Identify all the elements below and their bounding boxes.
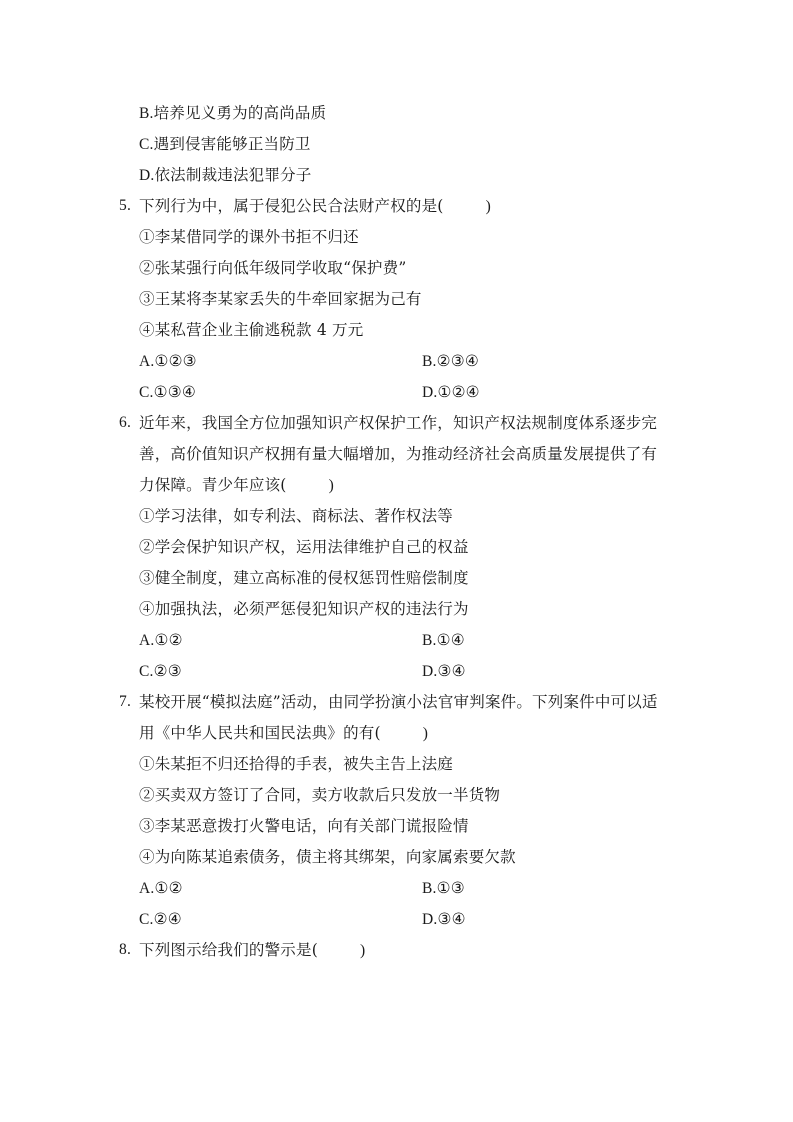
q6-statement-3: ③健全制度，建立高标准的侵权惩罚性赔偿制度 — [139, 568, 469, 588]
q6-statement-2: ②学会保护知识产权，运用法律维护自己的权益 — [139, 537, 469, 557]
option-label: C. — [139, 911, 154, 928]
option-text: ①② — [154, 631, 182, 649]
option-label: D. — [139, 167, 154, 184]
option-text: ①②④ — [437, 383, 479, 401]
q5-statement-2: ②张某强行向低年级同学收取“保护费” — [139, 258, 406, 278]
q8-number: 8. — [119, 940, 131, 960]
q6-option-a: A.①② — [139, 630, 183, 651]
close-paren: ) — [329, 477, 334, 494]
option-text: 遇到侵害能够正当防卫 — [154, 135, 311, 153]
q7-statement-3: ③李某恶意拨打火警电话，向有关部门谎报险情 — [139, 816, 469, 836]
q5-option-c: C.①③④ — [139, 382, 196, 403]
option-text: 培养见义勇为的高尚品质 — [154, 104, 327, 122]
q7-number: 7. — [119, 692, 131, 712]
option-label: B. — [422, 353, 437, 370]
option-text: ①②③ — [154, 352, 196, 370]
q7-statement-1: ①朱某拒不归还拾得的手表，被失主告上法庭 — [139, 754, 453, 774]
q6-statement-1: ①学习法律，如专利法、商标法、著作权法等 — [139, 506, 453, 526]
q7-stem-line-2: 用《中华人民共和国民法典》的有() — [139, 723, 428, 744]
q6-option-d: D.③④ — [422, 661, 466, 682]
q6-stem-line-2: 善，高价值知识产权拥有量大幅增加，为推动经济社会高质量发展提供了有 — [139, 444, 657, 464]
option-text: ②④ — [154, 910, 182, 928]
q4-option-c: C.遇到侵害能够正当防卫 — [139, 134, 311, 155]
option-label: C. — [139, 384, 154, 401]
q7-statement-2: ②买卖双方签订了合同，卖方收款后只发放一半货物 — [139, 785, 500, 805]
q7-statement-4: ④为向陈某追索债务，债主将其绑架，向家属索要欠款 — [139, 847, 516, 867]
option-text: ③④ — [437, 910, 465, 928]
q7-option-c: C.②④ — [139, 909, 182, 930]
q7-option-b: B.①③ — [422, 878, 465, 899]
q5-statement-1: ①李某借同学的课外书拒不归还 — [139, 227, 359, 247]
close-paren: ) — [423, 725, 428, 742]
q6-statement-4: ④加强执法，必须严惩侵犯知识产权的违法行为 — [139, 599, 469, 619]
option-text: ①③④ — [154, 383, 196, 401]
option-label: D. — [422, 911, 437, 928]
option-text: ②③④ — [437, 352, 479, 370]
option-text: ①③ — [437, 879, 465, 897]
q5-stem: 下列行为中，属于侵犯公民合法财产权的是() — [139, 196, 491, 217]
q5-number: 5. — [119, 196, 131, 216]
option-label: A. — [139, 353, 154, 370]
q7-option-d: D.③④ — [422, 909, 466, 930]
q8-stem-line: 下列图示给我们的警示是( — [139, 941, 318, 959]
option-label: B. — [422, 880, 437, 897]
q7-stem-line: 用《中华人民共和国民法典》的有( — [139, 724, 381, 742]
q6-number: 6. — [119, 413, 131, 433]
q8-stem: 下列图示给我们的警示是() — [139, 940, 365, 961]
q4-option-d: D.依法制裁违法犯罪分子 — [139, 165, 311, 186]
option-label: C. — [139, 136, 154, 153]
option-label: A. — [139, 632, 154, 649]
option-text: ③④ — [437, 662, 465, 680]
option-label: B. — [139, 105, 154, 122]
q5-stem-line: 下列行为中，属于侵犯公民合法财产权的是( — [139, 197, 444, 215]
q5-option-a: A.①②③ — [139, 351, 197, 372]
option-label: B. — [422, 632, 437, 649]
exam-page: B.培养见义勇为的高尚品质 C.遇到侵害能够正当防卫 D.依法制裁违法犯罪分子 … — [0, 0, 793, 1122]
option-label: A. — [139, 880, 154, 897]
q5-statement-3: ③王某将李某家丢失的牛牵回家据为己有 — [139, 289, 422, 309]
close-paren: ) — [486, 198, 491, 215]
q6-option-c: C.②③ — [139, 661, 182, 682]
q7-option-a: A.①② — [139, 878, 183, 899]
q5-option-d: D.①②④ — [422, 382, 480, 403]
q5-statement-4: ④某私营企业主偷逃税款 4 万元 — [139, 320, 363, 340]
q6-stem-line-3: 力保障。青少年应该() — [139, 475, 334, 496]
q7-stem-line-1: 某校开展“模拟法庭”活动，由同学扮演小法官审判案件。下列案件中可以适 — [139, 692, 658, 712]
q5-option-b: B.②③④ — [422, 351, 479, 372]
option-label: C. — [139, 663, 154, 680]
option-text: 依法制裁违法犯罪分子 — [154, 166, 311, 184]
q4-option-b: B.培养见义勇为的高尚品质 — [139, 103, 326, 124]
q6-option-b: B.①④ — [422, 630, 465, 651]
option-text: ①② — [154, 879, 182, 897]
option-text: ②③ — [154, 662, 182, 680]
close-paren: ) — [360, 942, 365, 959]
option-label: D. — [422, 663, 437, 680]
option-text: ①④ — [437, 631, 465, 649]
q6-stem-line-1: 近年来，我国全方位加强知识产权保护工作，知识产权法规制度体系逐步完 — [139, 413, 657, 433]
option-label: D. — [422, 384, 437, 401]
q6-stem-line: 力保障。青少年应该( — [139, 476, 287, 494]
